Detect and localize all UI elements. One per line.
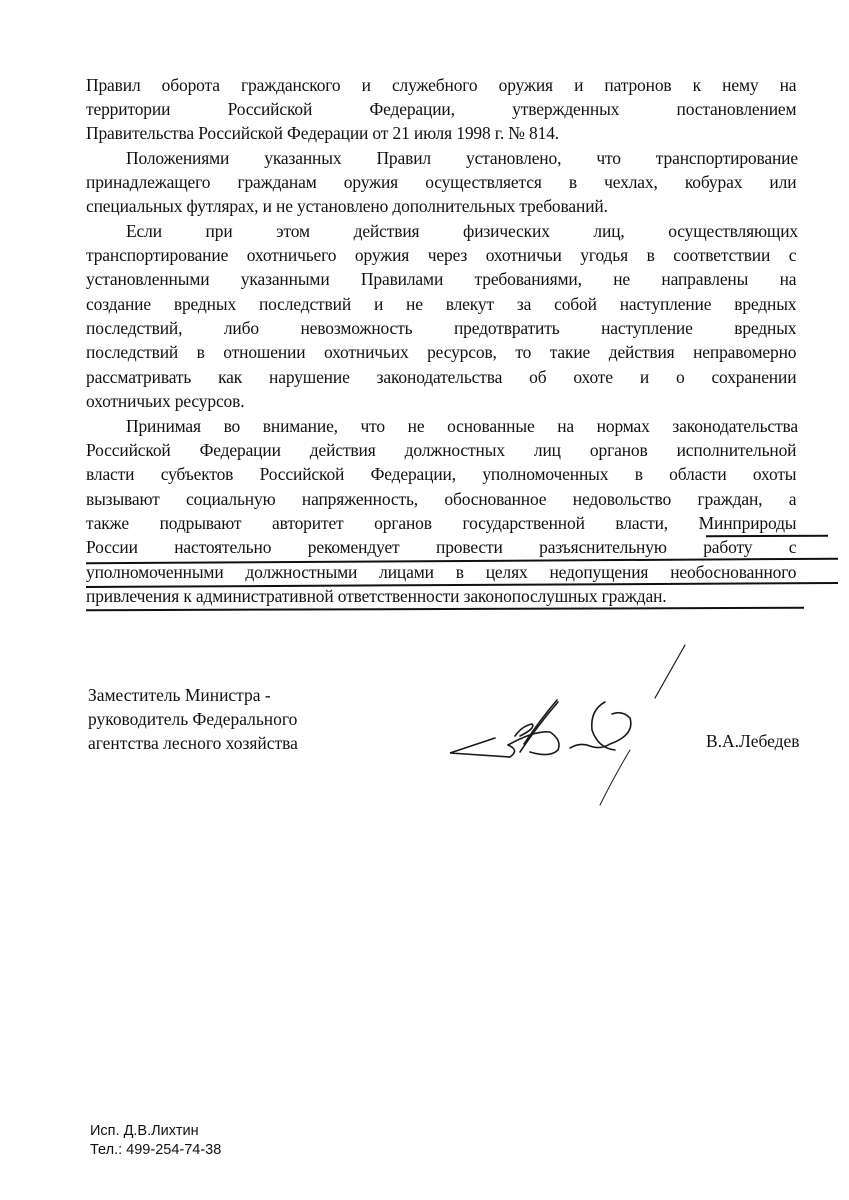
body-line: принадлежащего гражданам оружия осуществ… — [86, 170, 796, 194]
handwritten-signature — [440, 640, 690, 820]
body-line: охотничьих ресурсов. — [86, 389, 796, 413]
signatory-name: В.А.Лебедев — [706, 731, 800, 752]
body-line: Правил оборота гражданского и служебного… — [86, 73, 796, 97]
body-line: Правительства Российской Федерации от 21… — [86, 121, 796, 145]
signatory-title-line: руководитель Федерального — [88, 707, 298, 731]
document-page: Правил оборота гражданского и служебного… — [0, 0, 849, 1200]
body-line: последствий в отношении охотничьих ресур… — [86, 340, 796, 364]
body-line: Если при этом действия физических лиц, о… — [126, 219, 798, 243]
document-footer: Исп. Д.В.Лихтин Тел.: 499-254-74-38 — [90, 1122, 221, 1160]
body-line: Российской Федерации действия должностны… — [86, 438, 796, 462]
signatory-title-line: агентства лесного хозяйства — [88, 731, 298, 755]
executor-phone: Тел.: 499-254-74-38 — [90, 1141, 221, 1160]
body-line: территории Российской Федерации, утвержд… — [86, 97, 796, 121]
signatory-title: Заместитель Министра - руководитель Феде… — [88, 683, 298, 755]
body-line: также подрывают авторитет органов госуда… — [86, 511, 796, 535]
body-line: Принимая во внимание, что не основанные … — [126, 414, 798, 438]
signatory-title-line: Заместитель Министра - — [88, 683, 298, 707]
body-line: транспортирование охотничьего оружия чер… — [86, 243, 796, 267]
underline — [706, 535, 828, 537]
body-line: рассматривать как нарушение законодатель… — [86, 365, 796, 389]
body-line: установленными указанными Правилами треб… — [86, 267, 796, 291]
body-line: специальных футлярах, и не установлено д… — [86, 194, 796, 218]
body-line: последствий, либо невозможность предотвр… — [86, 316, 796, 340]
body-line: привлечения к административной ответстве… — [86, 584, 796, 608]
body-line: власти субъектов Российской Федерации, у… — [86, 462, 796, 486]
executor-name: Исп. Д.В.Лихтин — [90, 1122, 221, 1141]
body-line: Положениями указанных Правил установлено… — [126, 146, 798, 170]
body-line: вызывают социальную напряженность, обосн… — [86, 487, 796, 511]
body-line: создание вредных последствий и не влекут… — [86, 292, 796, 316]
body-line: России настоятельно рекомендует провести… — [86, 535, 796, 559]
